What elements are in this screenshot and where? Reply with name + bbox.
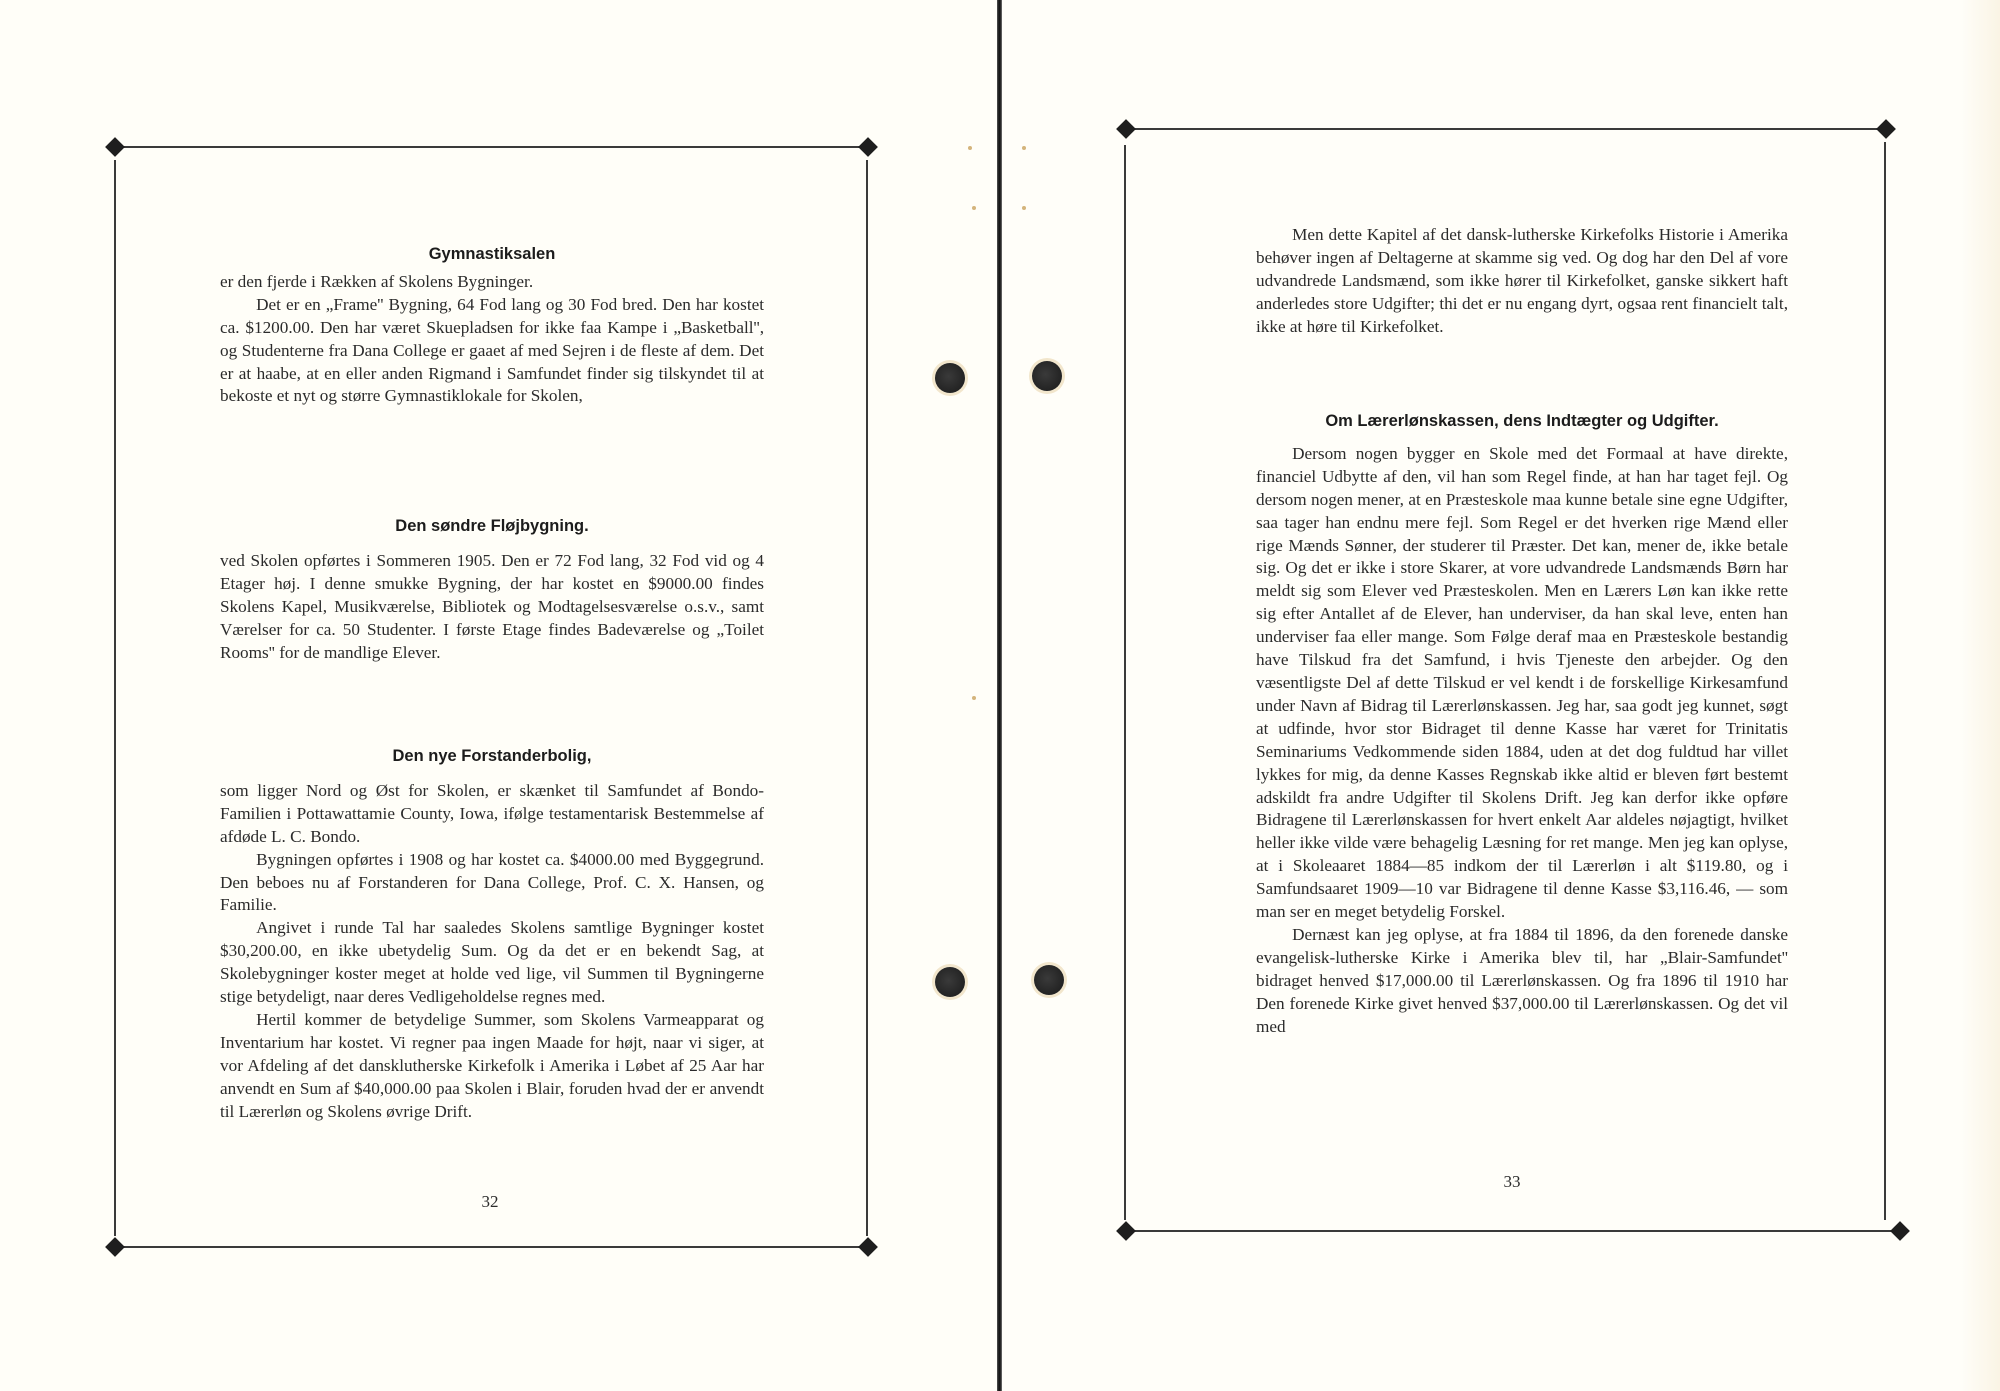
- paragraph: Hertil kommer de betydelige Summer, som …: [220, 1009, 764, 1124]
- corner-diamond-icon: [858, 1237, 878, 1257]
- corner-diamond-icon: [1876, 119, 1896, 139]
- binding-hole: [935, 363, 965, 393]
- corner-diamond-icon: [858, 137, 878, 157]
- section-forstanderbolig: Den nye Forstanderbolig, som ligger Nord…: [220, 745, 764, 1124]
- page-number: 33: [1462, 1172, 1562, 1192]
- paper-stain: [972, 206, 976, 210]
- paragraph: som ligger Nord og Øst for Skolen, er sk…: [220, 780, 764, 849]
- intro-section: Men dette Kapitel af det dansk-lutherske…: [1256, 224, 1788, 339]
- binding-hole: [1034, 965, 1064, 995]
- corner-diamond-icon: [1116, 1221, 1136, 1241]
- frame-left-rule: [1124, 145, 1126, 1220]
- paper-stain: [1022, 146, 1026, 150]
- frame-right-rule: [866, 160, 868, 1236]
- binding-hole: [935, 967, 965, 997]
- section-heading: Om Lærerlønskassen, dens Indtægter og Ud…: [1256, 410, 1788, 433]
- section-sondre-flojbygning: Den søndre Fløjbygning. ved Skolen opfør…: [220, 515, 764, 664]
- left-page: Gymnastiksalen er den fjerde i Rækken af…: [0, 0, 998, 1391]
- section-laererlonskassen: Om Lærerlønskassen, dens Indtægter og Ud…: [1256, 410, 1788, 1038]
- right-page: Men dette Kapitel af det dansk-lutherske…: [1002, 0, 2000, 1391]
- page-edge-stain: [1960, 0, 2000, 1391]
- paragraph: ved Skolen opførtes i Sommeren 1905. Den…: [220, 550, 764, 665]
- frame-left-rule: [114, 160, 116, 1236]
- paragraph: Bygningen opførtes i 1908 og har kostet …: [220, 849, 764, 918]
- paper-stain: [1022, 206, 1026, 210]
- page-number: 32: [440, 1192, 540, 1212]
- paragraph: Angivet i runde Tal har saaledes Skolens…: [220, 917, 764, 1009]
- paper-stain: [968, 146, 972, 150]
- paragraph: Dernæst kan jeg oplyse, at fra 1884 til …: [1256, 924, 1788, 1039]
- section-gymnastiksalen: Gymnastiksalen er den fjerde i Rækken af…: [220, 243, 764, 408]
- frame-top-rule: [117, 146, 869, 148]
- paragraph: er den fjerde i Rækken af Skolens Bygnin…: [220, 271, 764, 294]
- paragraph: Dersom nogen bygger en Skole med det For…: [1256, 443, 1788, 924]
- binding-hole: [1032, 361, 1062, 391]
- paragraph: Det er en „Frame'' Bygning, 64 Fod lang …: [220, 294, 764, 409]
- frame-bottom-rule: [1129, 1230, 1899, 1232]
- book-spread: Gymnastiksalen er den fjerde i Rækken af…: [0, 0, 2000, 1391]
- corner-diamond-icon: [1890, 1221, 1910, 1241]
- section-heading: Den søndre Fløjbygning.: [220, 515, 764, 538]
- corner-diamond-icon: [1116, 119, 1136, 139]
- frame-top-rule: [1129, 128, 1885, 130]
- section-heading: Gymnastiksalen: [220, 243, 764, 266]
- frame-bottom-rule: [117, 1246, 869, 1248]
- corner-diamond-icon: [105, 137, 125, 157]
- frame-right-rule: [1884, 142, 1886, 1220]
- paper-stain: [972, 696, 976, 700]
- section-heading: Den nye Forstanderbolig,: [220, 745, 764, 768]
- paragraph: Men dette Kapitel af det dansk-lutherske…: [1256, 224, 1788, 339]
- corner-diamond-icon: [105, 1237, 125, 1257]
